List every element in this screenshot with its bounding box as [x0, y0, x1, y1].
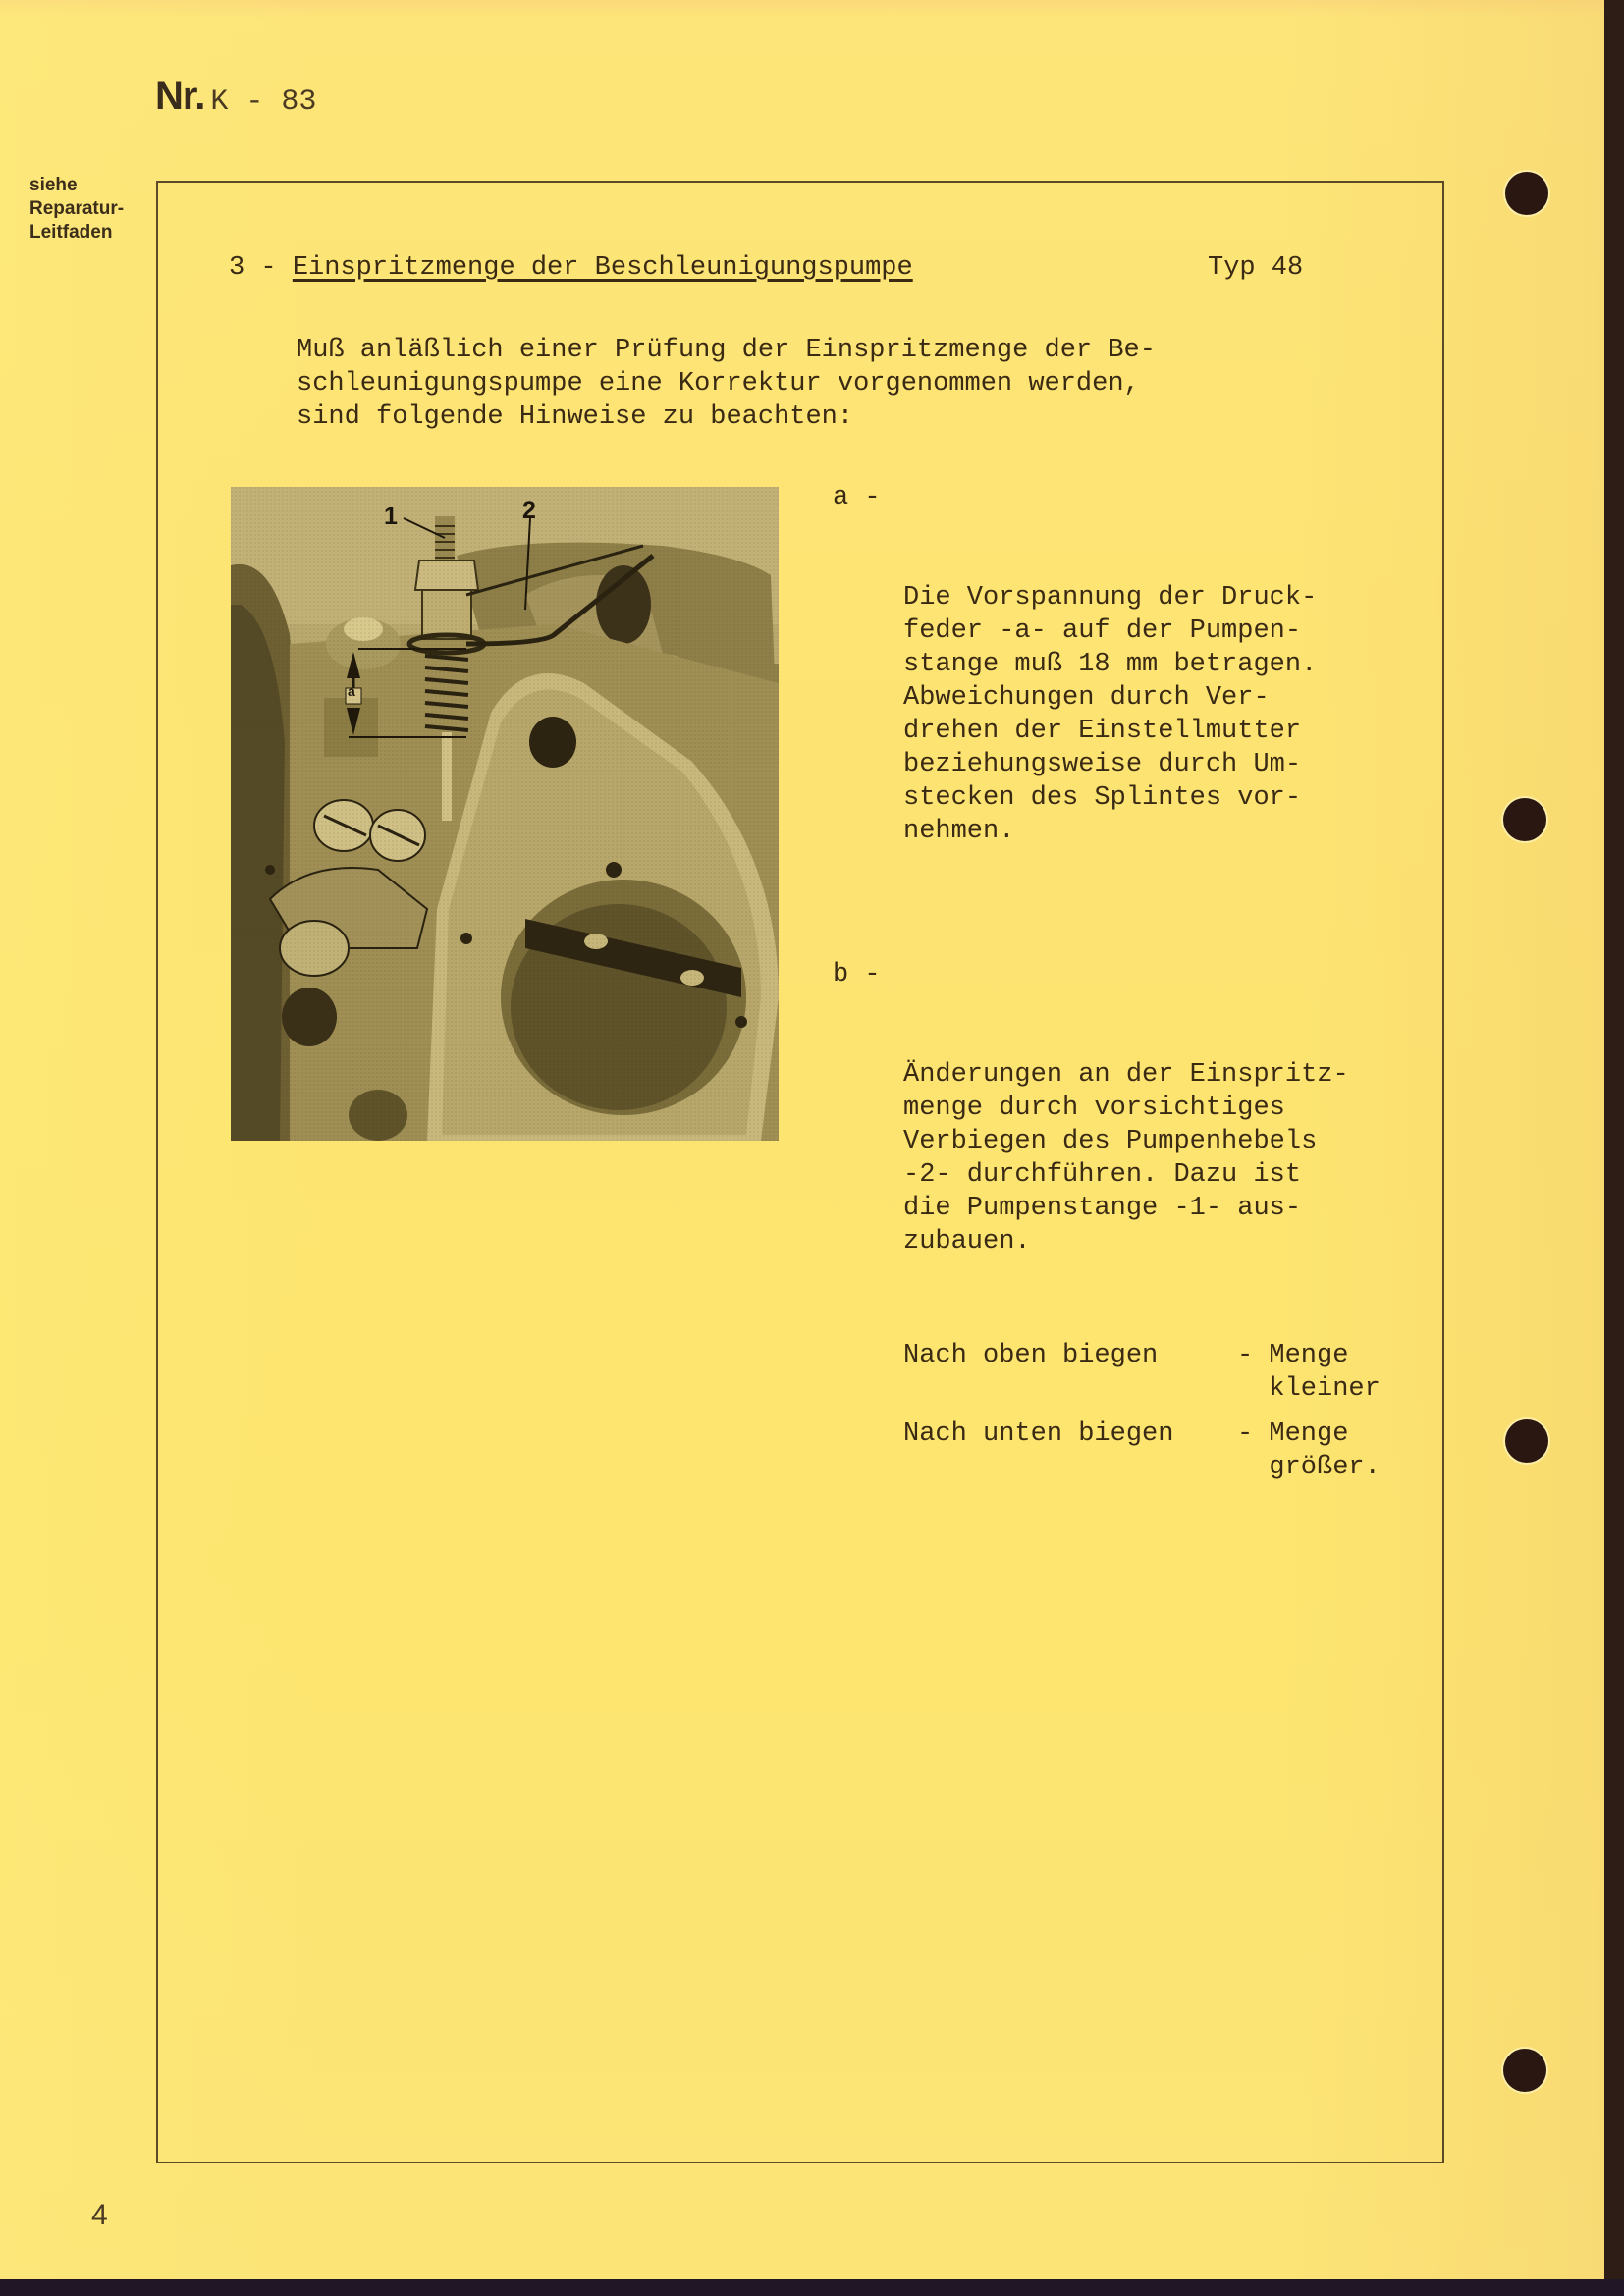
scan-background-right [1604, 0, 1624, 2296]
document-number: Nr.K - 83 [155, 77, 316, 122]
step-a: a - Die Vorspannung der Druck- feder -a-… [833, 481, 1380, 915]
figure-label-pump-lever: 2 [522, 497, 536, 525]
punch-hole-icon [1503, 798, 1546, 841]
carburetor-illustration [231, 487, 779, 1141]
bend-row: Nach unten biegen - Menge größer. [903, 1417, 1380, 1484]
bend-result: - Menge größer. [1237, 1417, 1380, 1484]
figure-label-pump-rod: 1 [384, 503, 398, 531]
type-label: Typ 48 [1208, 251, 1303, 285]
figure-label-spring-preload: a [348, 683, 355, 699]
punch-hole-icon [1503, 2049, 1546, 2092]
bend-result: - Menge kleiner [1237, 1339, 1380, 1406]
carburetor-photo: 1 2 a [231, 487, 779, 1141]
bend-direction: Nach oben biegen [903, 1339, 1237, 1406]
step-text: Änderungen an der Einspritz- menge durch… [903, 1058, 1380, 1258]
section-number: 3 - [229, 253, 293, 283]
bend-direction-table: Nach oben biegen - Menge kleiner Nach un… [903, 1339, 1380, 1484]
instruction-steps: a - Die Vorspannung der Druck- feder -a-… [833, 481, 1380, 1496]
step-text: Die Vorspannung der Druck- feder -a- auf… [903, 581, 1380, 848]
page-number: 4 [91, 2199, 108, 2232]
side-note-line: Reparatur- [29, 197, 124, 221]
intro-paragraph: Muß anläßlich einer Prüfung der Einsprit… [297, 334, 1156, 434]
step-b: b - Änderungen an der Einspritz- menge d… [833, 958, 1380, 1325]
section-heading: 3 - Einspritzmenge der Beschleunigungspu… [229, 251, 913, 285]
step-marker: a - [833, 481, 881, 514]
document-number-prefix: Nr. [155, 75, 204, 118]
bend-direction: Nach unten biegen [903, 1417, 1237, 1484]
document-number-code: K - 83 [210, 85, 316, 119]
punch-hole-icon [1505, 1419, 1548, 1463]
punch-hole-icon [1505, 172, 1548, 215]
side-note-line: siehe [29, 174, 124, 197]
bend-row: Nach oben biegen - Menge kleiner [903, 1339, 1380, 1406]
side-note-line: Leitfaden [29, 221, 124, 244]
side-note-reference: siehe Reparatur- Leitfaden [29, 174, 124, 244]
scan-background-bottom [0, 2279, 1624, 2296]
section-title: Einspritzmenge der Beschleunigungspumpe [293, 253, 913, 283]
step-marker: b - [833, 958, 881, 991]
